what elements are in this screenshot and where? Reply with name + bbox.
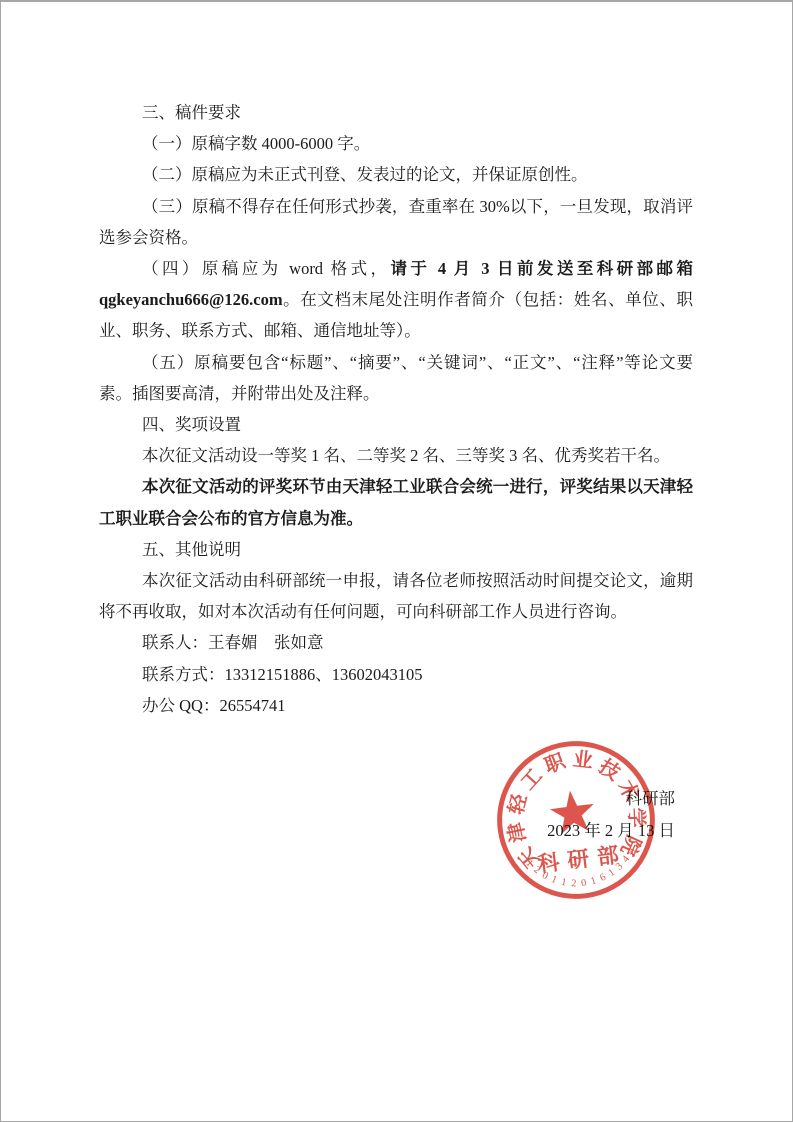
text-segment: 四、奖项设置 bbox=[142, 415, 241, 434]
awards-line: 本次征文活动设一等奖 1 名、二等奖 2 名、三等奖 3 名、优秀奖若干名。 bbox=[99, 440, 693, 471]
text-segment: （一）原稿字数 4000-6000 字。 bbox=[142, 134, 370, 153]
stamp-serial-digit: 2 bbox=[571, 878, 577, 889]
text-segment: （五）原稿要包含“标题”、“摘要”、“关键词”、“正文”、“注释”等论文要素。插… bbox=[99, 353, 693, 403]
requirement-item-4: （四）原稿应为 word 格式，请于 4 月 3 日前发送至科研部邮箱 qgke… bbox=[99, 253, 693, 347]
requirement-item-3: （三）原稿不得存在任何形式抄袭，查重率在 30%以下，一旦发现，取消评选参会资格… bbox=[99, 191, 693, 253]
awards-note: 本次征文活动的评奖环节由天津轻工业联合会统一进行，评奖结果以天津轻工职业联合会公… bbox=[99, 471, 693, 533]
text-segment: 办公 QQ：26554741 bbox=[142, 696, 285, 715]
text-segment: （三）原稿不得存在任何形式抄袭，查重率在 30%以下，一旦发现，取消评选参会资格… bbox=[99, 197, 693, 247]
stamp-serial-digit: 1 bbox=[590, 875, 598, 887]
text-segment: 联系方式：13312151886、13602043105 bbox=[142, 665, 423, 684]
document-page: { "document": { "paragraphs": [ { "name"… bbox=[0, 0, 793, 1122]
stamp-department-label: 科研部 bbox=[537, 842, 629, 877]
signature-department: 科研部 bbox=[99, 783, 693, 814]
text-segment: 本次征文活动的评奖环节由天津轻工业联合会统一进行，评奖结果以天津轻工职业联合会公… bbox=[99, 477, 693, 527]
stamp-serial-digit: 3 bbox=[614, 861, 625, 873]
stamp-serial-digit: 2 bbox=[531, 864, 542, 876]
signature-spacer bbox=[99, 721, 693, 783]
stamp-serial-digit: 4 bbox=[626, 845, 639, 856]
text-segment: 本次征文活动设一等奖 1 名、二等奖 2 名、三等奖 3 名、优秀奖若干名。 bbox=[142, 446, 670, 465]
requirement-item-2: （二）原稿应为未正式刊登、发表过的论文，并保证原创性。 bbox=[99, 159, 693, 190]
stamp-serial-digit: 1 bbox=[550, 874, 559, 886]
text-segment: 本次征文活动由科研部统一申报，请各位老师按照活动时间提交论文，逾期将不再收取，如… bbox=[99, 571, 693, 621]
stamp-serial-digit: 1 bbox=[523, 858, 535, 869]
other-note: 本次征文活动由科研部统一申报，请各位老师按照活动时间提交论文，逾期将不再收取，如… bbox=[99, 565, 693, 627]
stamp-serial-digit: 0 bbox=[581, 878, 587, 890]
contact-qq: 办公 QQ：26554741 bbox=[99, 690, 693, 721]
signature-date: 2023 年 2 月 13 日 bbox=[99, 815, 693, 846]
section-heading-5: 五、其他说明 bbox=[99, 534, 693, 565]
contact-person: 联系人：王春媚 张如意 bbox=[99, 627, 693, 658]
text-segment: 联系人：王春媚 张如意 bbox=[142, 633, 324, 652]
stamp-serial-digit: 0 bbox=[540, 870, 550, 882]
paragraphs: 三、稿件要求（一）原稿字数 4000-6000 字。（二）原稿应为未正式刊登、发… bbox=[99, 97, 693, 721]
text-segment: 五、其他说明 bbox=[142, 540, 241, 559]
stamp-serial-digit: 6 bbox=[598, 872, 607, 884]
document-body: 三、稿件要求（一）原稿字数 4000-6000 字。（二）原稿应为未正式刊登、发… bbox=[99, 97, 693, 846]
stamp-ring-char: 天 bbox=[514, 843, 544, 873]
text-segment: 三、稿件要求 bbox=[142, 103, 241, 122]
stamp-serial-digit: 1 bbox=[607, 867, 617, 879]
section-heading-4: 四、奖项设置 bbox=[99, 409, 693, 440]
stamp-serial-digit: 4 bbox=[620, 853, 632, 865]
stamp-serial-digit: 1 bbox=[560, 877, 567, 889]
contact-phone: 联系方式：13312151886、13602043105 bbox=[99, 659, 693, 690]
text-segment: （四）原稿应为 word 格式， bbox=[142, 259, 390, 278]
requirement-item-5: （五）原稿要包含“标题”、“摘要”、“关键词”、“正文”、“注释”等论文要素。插… bbox=[99, 347, 693, 409]
requirement-item-1: （一）原稿字数 4000-6000 字。 bbox=[99, 128, 693, 159]
section-heading-3: 三、稿件要求 bbox=[99, 97, 693, 128]
text-segment: （二）原稿应为未正式刊登、发表过的论文，并保证原创性。 bbox=[142, 165, 588, 184]
